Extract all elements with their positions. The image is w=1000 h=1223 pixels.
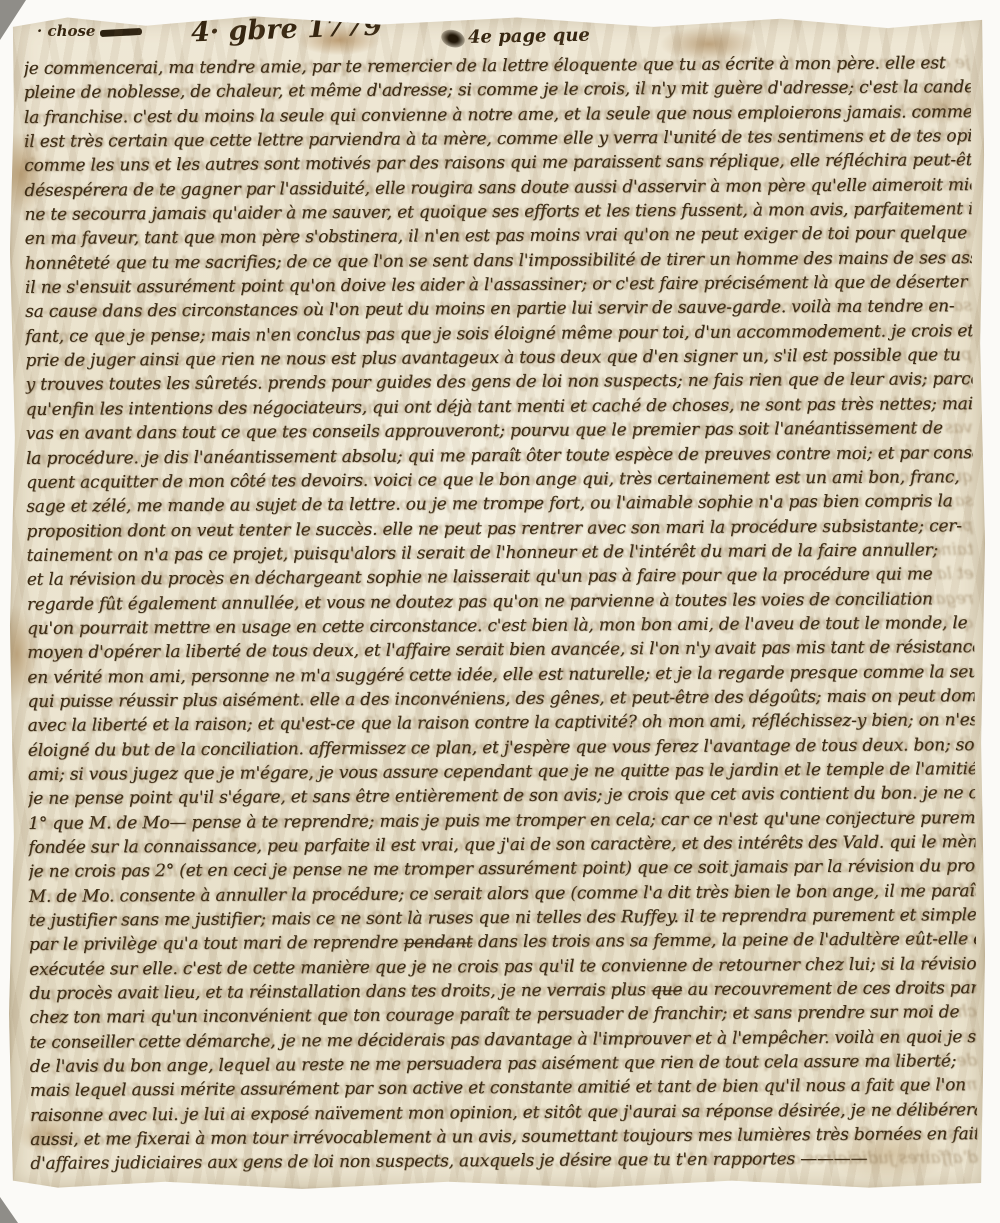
letter-sheet: je commencerai, ma tendre amie, par te r… <box>9 14 986 1190</box>
scribble-mark <box>100 27 142 36</box>
manuscript-line: d'affaires judiciaires aux gens de loi n… <box>30 1147 977 1177</box>
letter-header: · chose 4· gbre 1779 4e page que <box>9 14 986 56</box>
ink-blot <box>439 26 467 49</box>
annotation-text: · chose <box>37 22 95 40</box>
letter-date: 4· gbre 1779 <box>191 11 383 49</box>
manuscript-scan: je commencerai, ma tendre amie, par te r… <box>0 0 1000 1223</box>
page-note: 4e page que <box>441 25 590 49</box>
page-note-text: 4e page que <box>468 25 590 48</box>
scan-corner-shadow <box>0 1197 18 1223</box>
margin-annotation: · chose <box>37 22 142 40</box>
letter-body: je commencerai, ma tendre amie, par te r… <box>24 51 978 1177</box>
